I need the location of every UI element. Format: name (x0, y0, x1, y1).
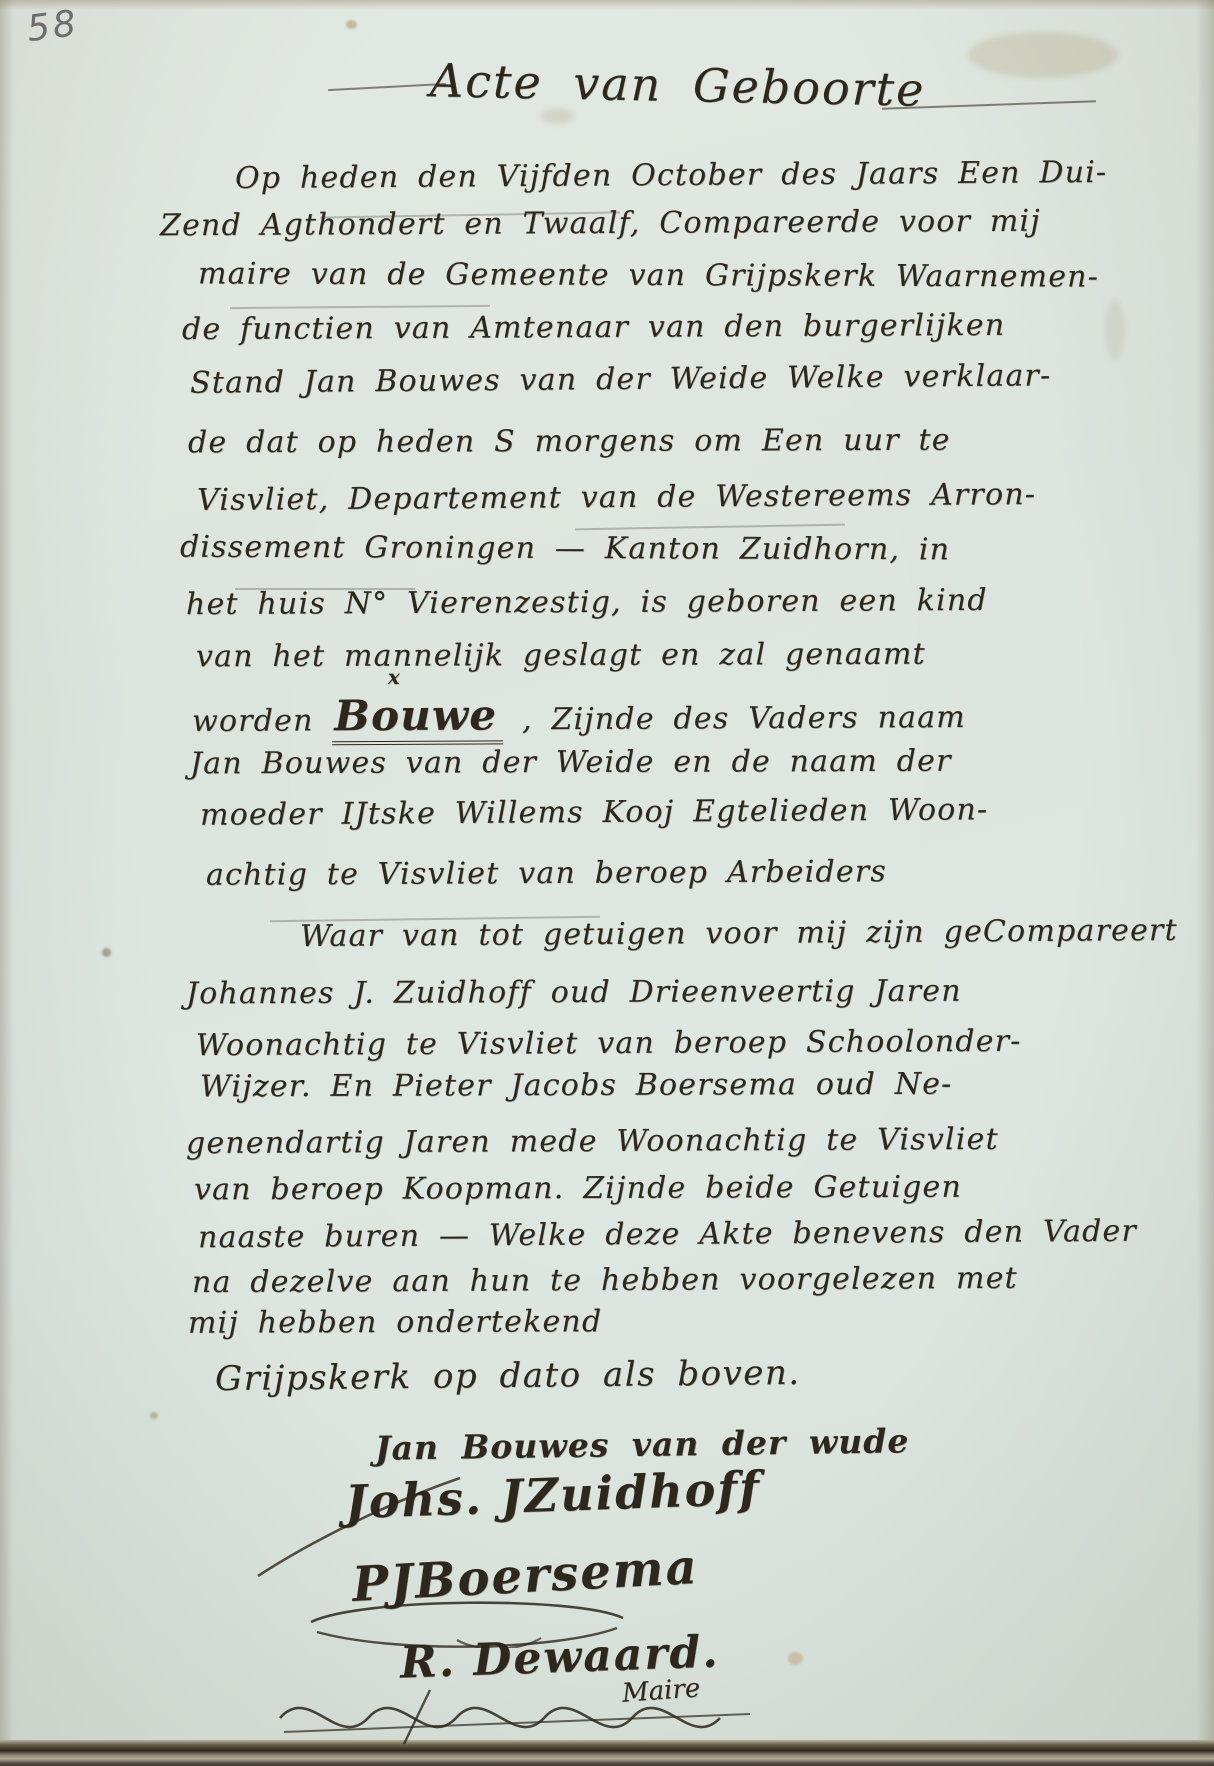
manuscript-line: Waar van tot getuigen voor mij zijn geCo… (300, 913, 1178, 954)
page-edge-left (0, 0, 14, 1766)
manuscript-line: het huis N° Vierenzestig, is geboren een… (186, 583, 988, 622)
document-title: Acte van Geboorte (430, 53, 926, 117)
manuscript-line: de functien van Amtenaar van den burgerl… (182, 308, 1005, 347)
paper-stain (968, 32, 1118, 78)
manuscript-line: na dezelve aan hun te hebben voorgelezen… (192, 1261, 1018, 1300)
page-edge-top (0, 0, 1214, 10)
manuscript-line: van beroep Koopman. Zijnde beide Getuige… (194, 1170, 962, 1208)
manuscript-line: maire van de Gemeente van Grijpskerk Waa… (198, 256, 1099, 294)
manuscript-line: de dat op heden S morgens om Een uur te (188, 423, 951, 461)
pen-flourish (328, 83, 446, 91)
paper-stain (788, 1652, 803, 1665)
paper-stain (346, 20, 357, 29)
manuscript-line: van het mannelijk geslagt en zal genaamt (196, 637, 926, 675)
manuscript-line: naaste buren — Welke deze Akte benevens … (198, 1214, 1137, 1256)
pen-stroke (575, 524, 845, 531)
paper-stain (150, 1412, 158, 1419)
paper-stain (1105, 300, 1125, 360)
manuscript-line: mij hebben ondertekend (188, 1304, 602, 1340)
document-page: 58 Acte van Geboorte Op heden den Vijfde… (0, 0, 1214, 1766)
pen-stroke (230, 305, 490, 309)
manuscript-line: achtig te Visvliet van beroep Arbeiders (206, 854, 887, 893)
manuscript-line: Stand Jan Bouwes van der Weide Welke ver… (190, 358, 1052, 401)
paper-stain (540, 108, 574, 124)
manuscript-line: Wijzer. En Pieter Jacobs Boersema oud Ne… (200, 1067, 953, 1105)
manuscript-line-child-name: x worden Bouwe , Zijnde des Vaders naam (192, 688, 966, 741)
page-number: 58 (25, 3, 81, 50)
signature-flourish (272, 1686, 772, 1746)
manuscript-line: genendartig Jaren mede Woonachtig te Vis… (186, 1122, 999, 1161)
paper-stain (102, 948, 111, 957)
child-line-suffix: , Zijnde des Vaders naam (522, 700, 966, 737)
manuscript-line: Visvliet, Departement van de Westereems … (197, 477, 1036, 518)
manuscript-line: Op heden den Vijfden October des Jaars E… (235, 155, 1108, 196)
closing-line: Grijpskerk op dato als boven. (215, 1353, 801, 1399)
child-name: Bouwe (332, 690, 503, 745)
signature-flourish (305, 1596, 635, 1648)
manuscript-line: Zend Agthondert en Twaalf, Compareerde v… (160, 204, 1041, 244)
manuscript-line: Jan Bouwes van der Weide en de naam der (190, 744, 952, 782)
manuscript-line: Johannes J. Zuidhoff oud Drieenveertig J… (186, 974, 962, 1012)
manuscript-line: Woonachtig te Visvliet van beroep School… (196, 1024, 1022, 1063)
manuscript-line: dissement Groningen — Kanton Zuidhorn, i… (180, 530, 950, 568)
signature-flourish (250, 1472, 470, 1582)
insertion-mark: x (388, 665, 401, 689)
signature-jan-bouwes: Jan Bouwes van der wude (375, 1421, 910, 1467)
manuscript-line: moeder IJtske Willems Kooj Egtelieden Wo… (200, 792, 989, 833)
page-edge-right (1196, 0, 1214, 1766)
child-line-prefix: worden (192, 703, 314, 739)
